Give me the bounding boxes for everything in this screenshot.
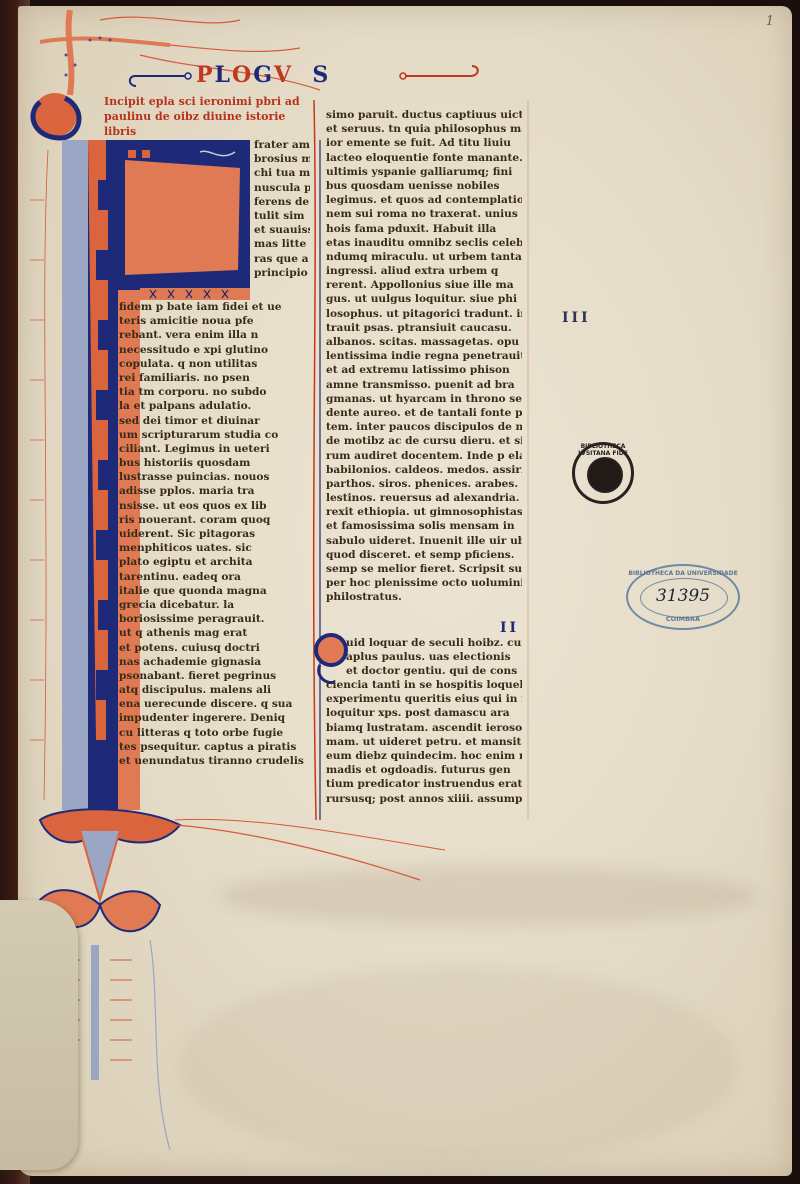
text-line: la et palpans adulatio. (119, 399, 309, 413)
text-line: philostratus. (326, 590, 522, 604)
text-line: menphiticos uates. sic (119, 541, 309, 555)
text-line: rexit ethiopia. ut gimnosophistas (326, 505, 522, 519)
text-line: lentissima indie regna penetrauit. (326, 349, 522, 363)
running-title: PLOGV S (196, 62, 330, 88)
text-line: eum diebz quindecim. hoc enim mistico eb… (326, 749, 522, 763)
text-line: rebant. vera enim illa n (119, 328, 309, 342)
text-line: nuscula p (254, 181, 310, 195)
stamp-inscription: BIBLIOTHECA LVSITANA FIDE (575, 443, 631, 457)
chapter-mark-second: II (500, 620, 519, 636)
text-line: lestinos. reuersus ad alexandria. p (326, 491, 522, 505)
text-line: rum audiret docentem. Inde p elamitas. (326, 449, 522, 463)
text-line: et suauissi (254, 223, 310, 237)
text-line: experimentu queritis eius qui in me (326, 692, 522, 706)
text-line: bus historiis quosdam (119, 456, 309, 470)
text-line: necessitudo e xpi glutino (119, 343, 309, 357)
text-line: ras que a (254, 252, 310, 266)
text-line: hois fama pduxit. Habuit illa (326, 222, 522, 236)
text-line: cu litteras q toto orbe fugie (119, 726, 309, 740)
text-line: gmanas. ut hyarcam in throno se (326, 392, 522, 406)
text-column-left: fidem p bate iam fidei et ue teris amici… (119, 300, 309, 768)
text-column-narrow: frater am brosius m chi tua m nuscula p … (254, 138, 310, 280)
text-line: ferens de (254, 195, 310, 209)
text-line: madis et ogdoadis. futurus gen (326, 763, 522, 777)
text-line: lustrasse puincias. nouos (119, 470, 309, 484)
text-line: per hoc plenissime octo uoluminibz (326, 576, 522, 590)
text-line: rerent. Appollonius siue ille ma (326, 278, 522, 292)
round-initial-icon (33, 93, 79, 138)
title-letter: S (312, 62, 330, 88)
text-line: frater am (254, 138, 310, 152)
text-line: adisse pplos. maria tra (119, 484, 309, 498)
text-line: et potens. cuiusq doctri (119, 641, 309, 655)
rubric-line: Incipit epla sci ieronimi pbri ad (104, 94, 314, 109)
text-line: copulata. q non utilitas (119, 357, 309, 371)
text-line: plato egiptu et archita (119, 555, 309, 569)
text-line: tarentinu. eadeq ora (119, 570, 309, 584)
text-line: tium predicator instruendus erat. (326, 777, 522, 791)
text-line: ior emente se fuit. Ad titu liuiu (326, 136, 522, 150)
text-line: chi tua m (254, 166, 310, 180)
text-line: albanos. scitas. massagetas. opu (326, 335, 522, 349)
title-letter: P (196, 62, 215, 88)
text-line: ut q athenis mag erat (119, 626, 309, 640)
rubric-line: paulinu de oibz diuine istorie libris (104, 109, 314, 139)
rubric-incipit: Incipit epla sci ieronimi pbri ad paulin… (104, 94, 314, 139)
library-stamp-round: BIBLIOTHECA LVSITANA FIDE (572, 442, 634, 504)
text-line: teris amicitie noua pfe (119, 314, 309, 328)
text-line: uiderent. Sic pitagoras (119, 527, 309, 541)
left-margin-penwork-icon (30, 150, 48, 800)
text-line: ena uerecunde discere. q sua (119, 697, 309, 711)
stamp-top-text: BIBLIOTHECA DA UNIVERSIDADE (628, 570, 738, 577)
text-line: boriosissime peragrauit. (119, 612, 309, 626)
fabric-flap (0, 900, 78, 1170)
title-letter: L (215, 62, 232, 88)
text-line: fidem p bate iam fidei et ue (119, 300, 309, 314)
text-line: rei familiaris. no psen (119, 371, 309, 385)
text-line: dente aureo. et de tantali fonte pota (326, 406, 522, 420)
text-line: ndumq miraculu. ut urbem tanta (326, 250, 522, 264)
text-line: et famosissima solis mensam in (326, 519, 522, 533)
text-line: babilonios. caldeos. medos. assirios. (326, 463, 522, 477)
text-line: losophus. ut pitagorici tradunt. in (326, 307, 522, 321)
text-line: legimus. et quos ad contemplatio (326, 193, 522, 207)
stamp-shelfmark-number: 31395 (628, 586, 738, 606)
text-line: etas inauditu omnibz seclis celebra (326, 236, 522, 250)
text-line: uid loquar de seculi hoibz. cum (346, 636, 522, 650)
text-line: tia tm corporu. no subdo (119, 385, 309, 399)
text-line: amne transmisso. puenit ad bra (326, 378, 522, 392)
stamp-emblem-icon (587, 457, 623, 493)
text-line: sed dei timor et diuinar (119, 414, 309, 428)
text-line: semp se melior fieret. Scripsit su (326, 562, 522, 576)
text-column-after-initial: uid loquar de seculi hoibz. cum aplus pa… (346, 636, 522, 679)
text-line: et seruus. tn quia philosophus ma (326, 122, 522, 136)
text-line: loquitur xps. post damascu ara (326, 706, 522, 720)
text-line: simo paruit. ductus captiuus uictus (326, 108, 522, 122)
title-letter: G (253, 62, 274, 88)
text-line: ciencia tanti in se hospitis loquebatur … (326, 678, 522, 692)
text-line: atq discipulus. malens ali (119, 683, 309, 697)
title-letter: V (274, 62, 293, 88)
text-line: gus. ut uulgus loquitur. siue phi (326, 292, 522, 306)
text-column-right-lower: ciencia tanti in se hospitis loquebatur … (326, 678, 522, 806)
text-line: et uenundatus tiranno crudelis (119, 754, 309, 768)
text-line: et doctor gentiu. qui de cons (346, 664, 522, 678)
text-line: italie que quonda magna (119, 584, 309, 598)
text-line: nas achademie gignasia (119, 655, 309, 669)
text-line: et ad extremu latissimo phison (326, 363, 522, 377)
text-line: biamq lustratam. ascendit ierosoli (326, 721, 522, 735)
text-line: tem. inter paucos discipulos de natura (326, 420, 522, 434)
text-line: lacteo eloquentie fonte manante. de (326, 151, 522, 165)
text-line: aplus paulus. uas electionis (346, 650, 522, 664)
initial-foot-ornament-icon (40, 809, 445, 1150)
text-line: ciliant. Legimus in ueteri (119, 442, 309, 456)
text-line: grecia dicebatur. la (119, 598, 309, 612)
text-line: parthos. siros. phenices. arabes. pa (326, 477, 522, 491)
text-line: brosius m (254, 152, 310, 166)
initial-letter-q-icon (316, 635, 346, 683)
title-letter: O (232, 62, 253, 88)
text-line: sabulo uideret. Inuenit ille uir ubiq (326, 534, 522, 548)
text-line: ultimis yspanie galliarumq; fini (326, 165, 522, 179)
text-line: bus quosdam uenisse nobiles (326, 179, 522, 193)
library-stamp-oval: BIBLIOTHECA DA UNIVERSIDADE 31395 COIMBR… (626, 564, 740, 630)
text-column-right: simo paruit. ductus captiuus uictus et s… (326, 108, 522, 605)
stamp-bottom-text: COIMBRA (628, 615, 738, 623)
text-line: rursusq; post annos xiiii. assumpto (326, 792, 522, 806)
text-line: ris nouerant. coram quoq (119, 513, 309, 527)
text-line: quod disceret. et semp pficiens. (326, 548, 522, 562)
text-line: trauit psas. ptransiuit caucasu. (326, 321, 522, 335)
text-line: tulit sim (254, 209, 310, 223)
text-line: nsisse. ut eos quos ex lib (119, 499, 309, 513)
text-line: de motibz ac de cursu dieru. et side (326, 434, 522, 448)
text-line: ingressi. aliud extra urbem q (326, 264, 522, 278)
text-line: nem sui roma no traxerat. unius (326, 207, 522, 221)
text-line: psonabant. fieret pegrinus (119, 669, 309, 683)
text-line: um scripturarum studia co (119, 428, 309, 442)
text-line: mam. ut uideret petru. et mansit ap (326, 735, 522, 749)
chapter-mark-first: III (562, 310, 591, 326)
text-line: tes psequitur. captus a piratis (119, 740, 309, 754)
text-line: principio (254, 266, 310, 280)
text-line: mas litte (254, 237, 310, 251)
text-line: impudenter ingerere. Deniq (119, 711, 309, 725)
